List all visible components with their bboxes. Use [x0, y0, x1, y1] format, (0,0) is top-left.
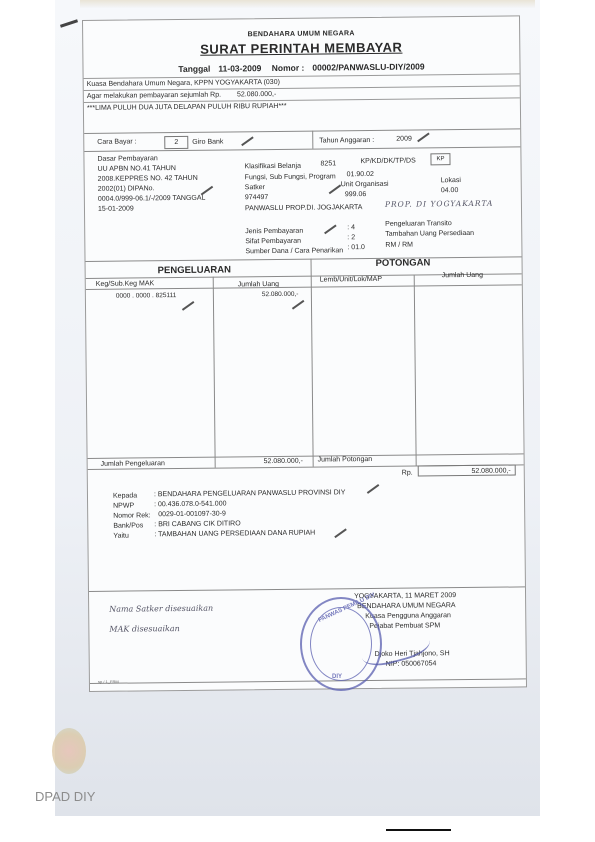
check-mark-icon [201, 186, 213, 195]
divider [89, 586, 525, 592]
underline-mark [386, 829, 451, 831]
stamp-bottom-text: DIY [332, 674, 342, 680]
col-header-lemb: Lemb/Unit/Lok/MAP [320, 276, 382, 284]
divider [88, 453, 524, 459]
basis-line: 2008.KEPPRES NO. 42 TAHUN [98, 175, 198, 183]
form-code: sp / 1_FRM [98, 679, 119, 684]
klasifikasi-value: 8251 [320, 160, 336, 167]
divider [84, 146, 520, 152]
check-mark-icon [324, 224, 336, 233]
lokasi-label: Lokasi [441, 177, 461, 184]
watermark: DPAD DIY [35, 789, 95, 804]
jenis-label: Jenis Pembayaran [245, 228, 303, 236]
net-label: Rp. [402, 470, 413, 477]
divider [86, 256, 522, 262]
unit-value: 999.06 [345, 191, 366, 198]
row-jumlah: 52.080.000,- [262, 291, 299, 298]
npwp-label: NPWP [113, 502, 134, 509]
check-mark-icon [292, 300, 304, 309]
basis-line: 0004.0/999-06.1/-/2009 TANGGAL [98, 195, 206, 203]
unit-label: Unit Organisasi [341, 181, 389, 189]
lokasi-value: 04.00 [441, 187, 459, 194]
sifat-value: Tambahan Uang Persediaan [385, 230, 474, 238]
basis-label: Dasar Pembayaran [97, 155, 157, 163]
sumber-label: Sumber Dana / Cara Penarikan [245, 247, 343, 255]
recipient-value: : BENDAHARA PENGELUARAN PANWASLU PROVINS… [154, 489, 345, 498]
total-pengeluaran-label: Jumlah Pengeluaran [101, 460, 165, 468]
amount-words-line: ***LIMA PULUH DUA JUTA DELAPAN PULUH RIB… [84, 97, 520, 132]
check-mark-icon [329, 184, 341, 193]
sifat-label: Sifat Pembayaran [245, 238, 301, 246]
recipient-label: Kepada [113, 492, 137, 499]
bank-label: Bank/Pos [113, 522, 143, 529]
total-pengeluaran-value: 52.080.000,- [264, 458, 303, 465]
kp-value: KP [430, 153, 450, 165]
check-mark-icon [182, 301, 194, 310]
satker-value: 974497 [245, 194, 268, 201]
fungsi-label: Fungsi, Sub Fungsi, Program [245, 173, 336, 181]
number-label: Nomor : [272, 63, 305, 73]
signature-line2: Kuasa Pengguna Anggaran [365, 612, 451, 620]
check-mark-icon [241, 136, 253, 145]
cara-bayar-label: Cara Bayar : [97, 138, 136, 145]
satker-label: Satker [245, 184, 265, 191]
handwritten-note: MAK disesuaikan [109, 624, 179, 634]
document-title: SURAT PERINTAH MEMBAYAR [83, 38, 519, 58]
pengeluaran-header: PENGELUARAN [158, 264, 231, 276]
sumber-value: RM / RM [385, 242, 413, 249]
satker-name: PANWASLU PROP.DI. JOGJAKARTA [245, 204, 363, 212]
column-divider [414, 275, 417, 466]
paper-top-edge [80, 0, 535, 8]
col-header-potongan: Jumlah Uang [442, 272, 483, 279]
kp-label: KP/KD/DK/TP/DS [360, 158, 415, 166]
signature-line1: BENDAHARA UMUM NEGARA [357, 602, 455, 610]
sumber-code: : 01.0 [347, 244, 365, 251]
basis-line: 15-01-2009 [98, 205, 134, 212]
npwp-value: : 00.436.078.0-541.000 [154, 501, 226, 509]
tahun-value: 2009 [396, 136, 412, 143]
spm-form: BENDAHARA UMUM NEGARA SURAT PERINTAH MEM… [82, 15, 527, 692]
column-divider [213, 277, 216, 468]
sifat-code: : 2 [347, 234, 355, 241]
column-divider [311, 259, 314, 467]
authority-text: Kuasa Bendahara Umum Negara, KPPN YOGYAK… [87, 79, 280, 88]
klasifikasi-label: Klasifikasi Belanja [245, 163, 301, 171]
bank-value: : BRI CABANG CIK DITIRO [154, 520, 240, 528]
yaitu-label: Yaitu [113, 533, 129, 540]
rekening-label: Nomor Rek: [113, 512, 150, 519]
tahun-label: Tahun Anggaran : [319, 137, 374, 145]
row-mak: 0000 . 0000 . 825111 [116, 292, 177, 300]
check-mark-icon [417, 132, 429, 141]
date-value: 11-03-2009 [218, 63, 261, 73]
net-value: 52.080.000,- [418, 464, 516, 476]
cara-bayar-value: Giro Bank [192, 139, 223, 146]
number-value: 00002/PANWASLU-DIY/2009 [312, 61, 424, 72]
handwritten-note: Nama Satker disesuaikan [109, 604, 213, 614]
jenis-value: Pengeluaran Transito [385, 220, 452, 228]
basis-line: UU APBN NO.41 TAHUN [98, 165, 176, 173]
divider [90, 678, 526, 684]
amount-value: 52.080.000,- [237, 91, 276, 98]
amount-label: Agar melakukan pembayaran sejumlah Rp. [87, 92, 221, 100]
basis-line: 2002(01) DIPANo. [98, 185, 155, 193]
check-mark-icon [367, 484, 379, 493]
emblem-logo-icon [52, 728, 86, 774]
yaitu-value: : TAMBAHAN UANG PERSEDIAAN DANA RUPIAH [154, 530, 315, 539]
check-mark-icon [334, 528, 346, 537]
cara-bayar-code: 2 [164, 136, 188, 149]
jenis-code: : 4 [347, 224, 355, 231]
satker-handwritten: PROP. DI YOGYAKARTA [385, 199, 494, 209]
date-label: Tanggal [178, 64, 210, 74]
fungsi-value: 01.90.02 [347, 171, 374, 178]
rekening-value: 0029-01-001097-30-9 [158, 511, 226, 519]
col-header-mak: Keg/Sub.Keg MAK [96, 280, 154, 288]
total-potongan-label: Jumlah Potongan [318, 456, 373, 464]
divider [312, 131, 313, 149]
date-number-line: Tanggal11-03-2009 Nomor :00002/PANWASLU-… [83, 60, 519, 75]
potongan-header: POTONGAN [376, 257, 431, 269]
amount-words: ***LIMA PULUH DUA JUTA DELAPAN PULUH RIB… [87, 103, 287, 112]
